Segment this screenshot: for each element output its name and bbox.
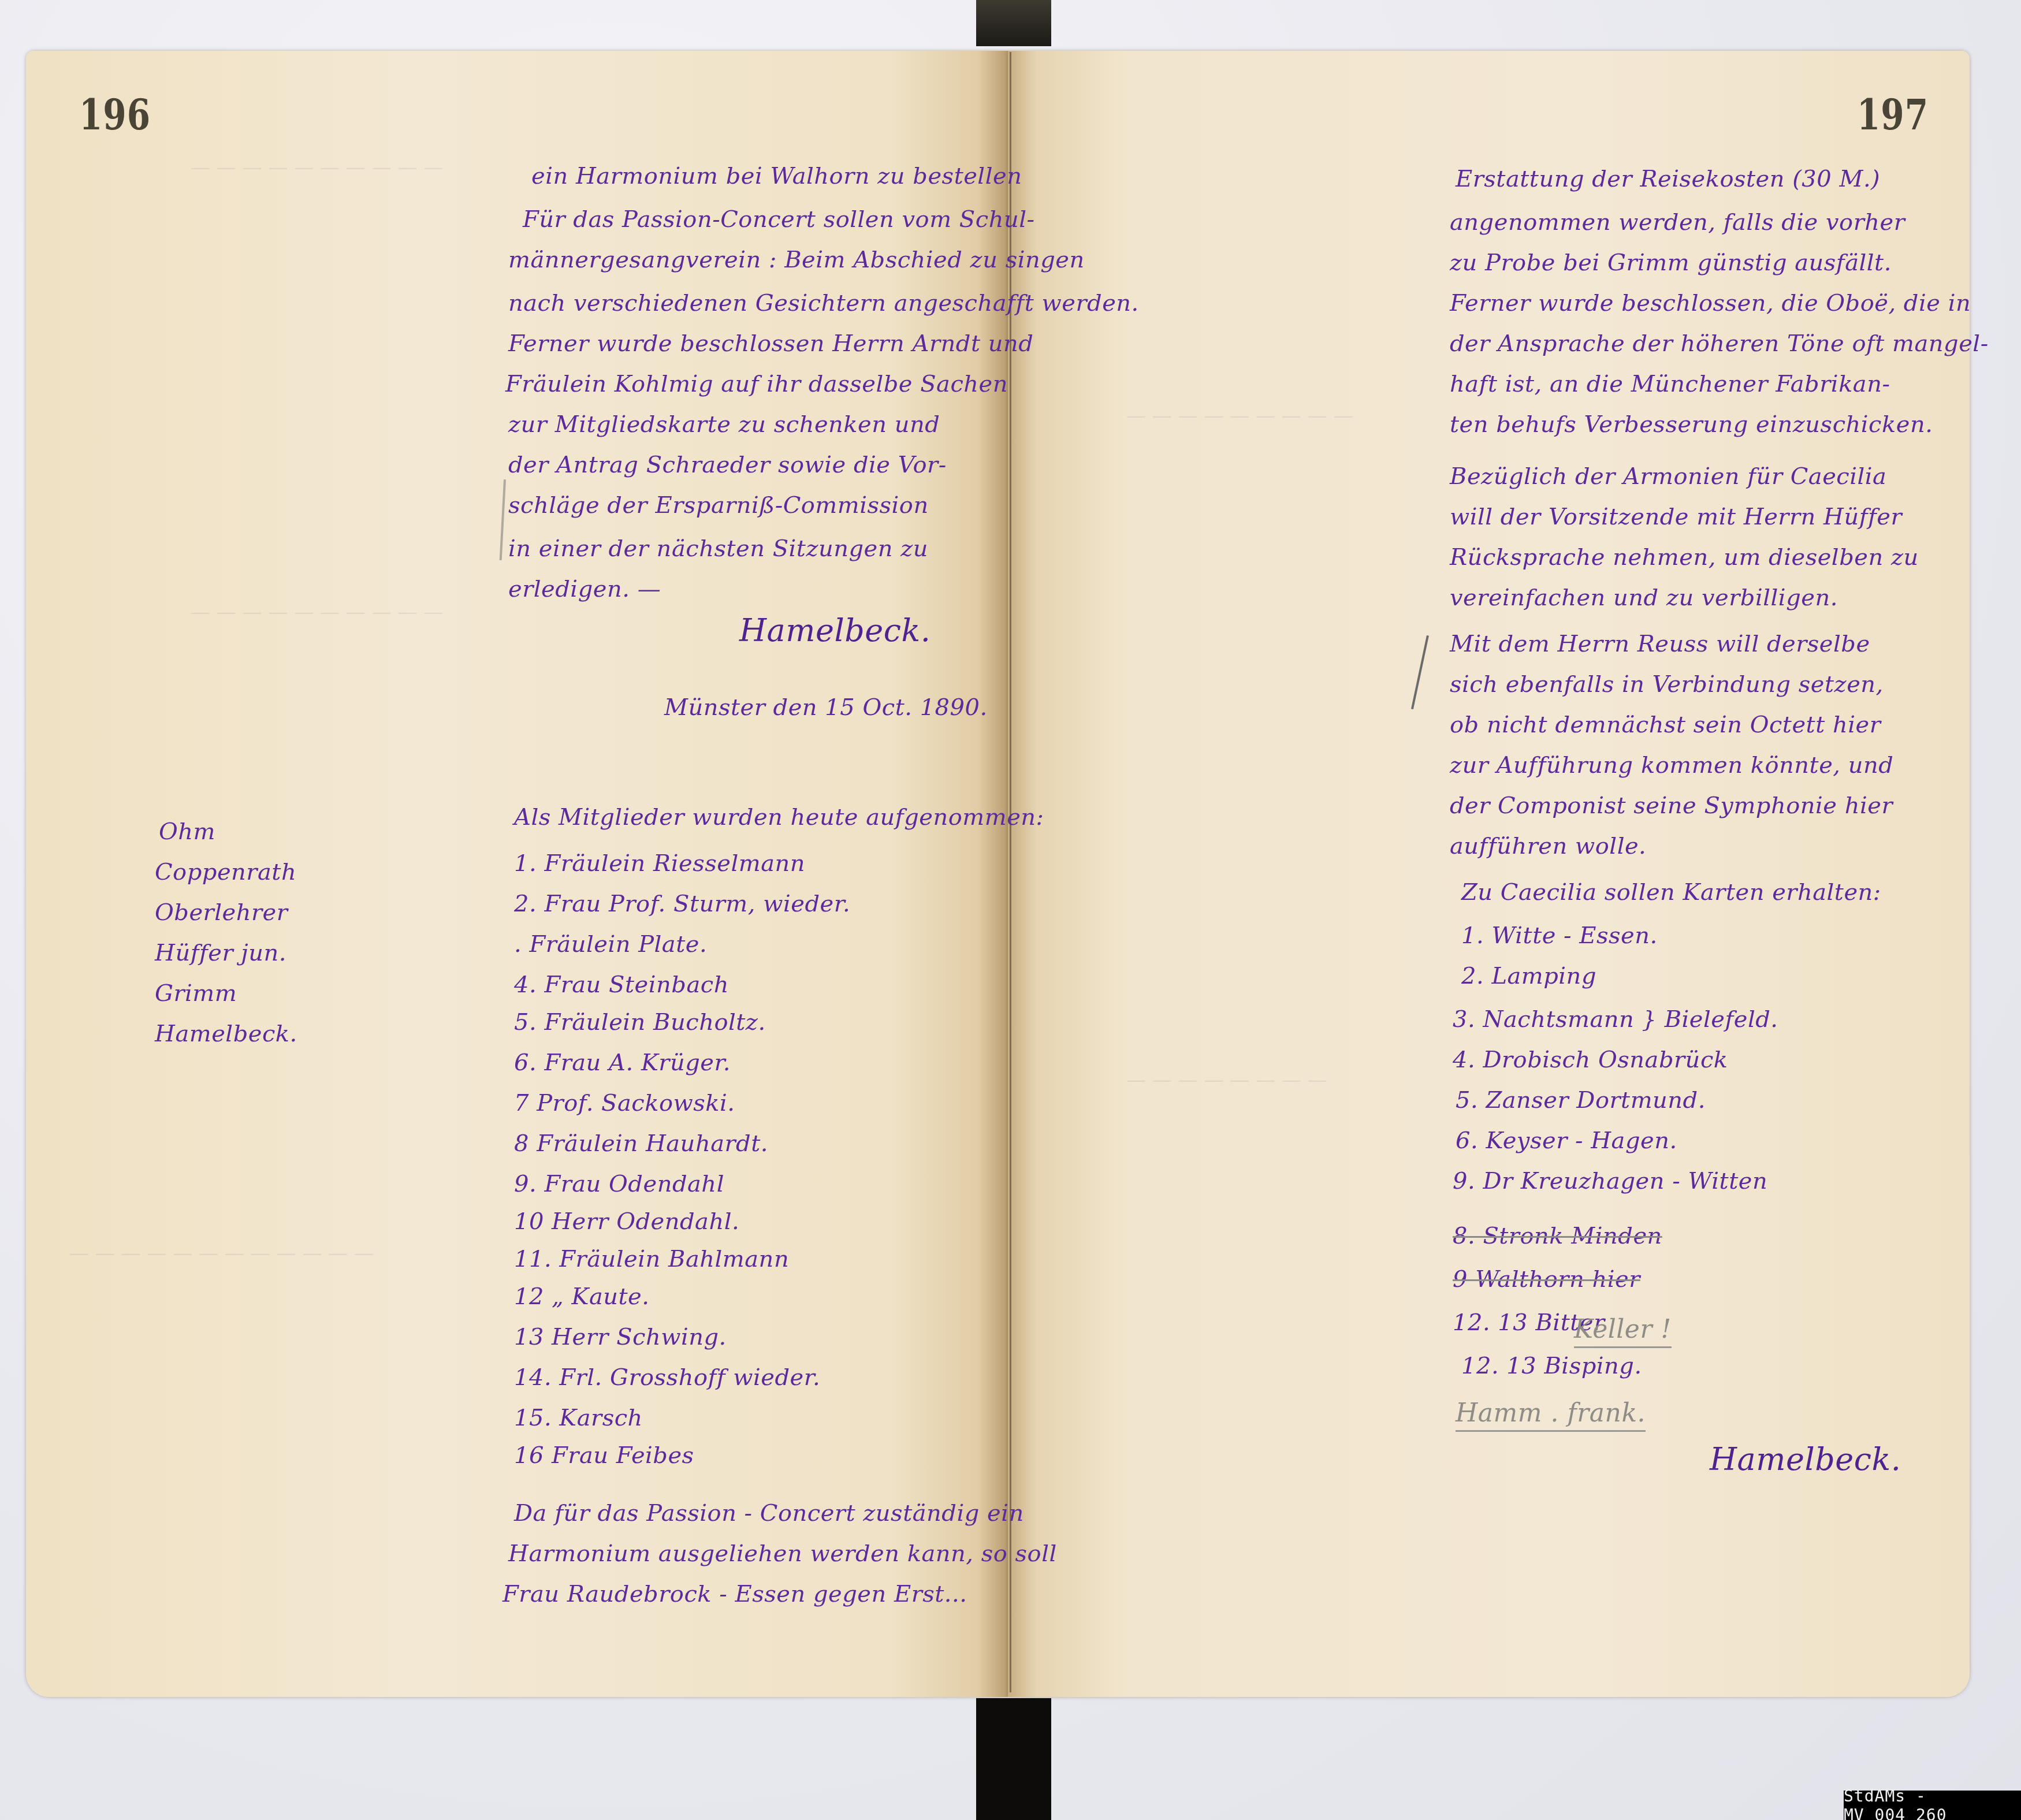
list-item: 12 „ Kaute. bbox=[514, 1285, 650, 1308]
list-item: 13 Herr Schwing. bbox=[514, 1326, 727, 1349]
handwritten-line: nach verschiedenen Gesichtern angeschaff… bbox=[508, 292, 1139, 315]
handwritten-line: haft ist, an die Münchener Fabrikan- bbox=[1450, 373, 1890, 396]
handwritten-line: ob nicht demnächst sein Octett hier bbox=[1450, 713, 1881, 736]
handwritten-line: Für das Passion-Concert sollen vom Schul… bbox=[523, 208, 1034, 231]
bleed-through-text: — — — — — — — — — bbox=[1126, 404, 1353, 427]
handwritten-line: ten behufs Verbesserung einzuschicken. bbox=[1450, 413, 1933, 436]
handwritten-line: schläge der Ersparniß-Commission bbox=[508, 494, 929, 517]
signature: Hamelbeck. bbox=[739, 615, 931, 646]
list-item: 5. Fräulein Bucholtz. bbox=[514, 1011, 766, 1034]
list-item: 2. Frau Prof. Sturm, wieder. bbox=[514, 892, 850, 915]
list-item: 1. Witte - Essen. bbox=[1461, 924, 1658, 947]
list-item: 12. 13 Bisping. bbox=[1461, 1354, 1642, 1378]
attendee-name: Coppenrath bbox=[155, 861, 296, 884]
handwritten-line: Erstattung der Reisekosten (30 M.) bbox=[1456, 168, 1880, 191]
handwritten-line: zu Probe bei Grimm günstig ausfällt. bbox=[1450, 251, 1892, 274]
list-item: 10 Herr Odendahl. bbox=[514, 1210, 739, 1233]
attendee-name: Grimm bbox=[155, 982, 237, 1005]
new-members-heading: Als Mitglieder wurden heute aufgenommen: bbox=[514, 806, 1044, 829]
pencil-note-text: Keller ! bbox=[1574, 1315, 1672, 1348]
list-item-struck: 9 Walthorn hier bbox=[1453, 1268, 1640, 1291]
handwritten-line: der Componist seine Symphonie hier bbox=[1450, 794, 1893, 817]
list-item: 15. Karsch bbox=[514, 1406, 643, 1430]
bleed-through-text: — — — — — — — — — — bbox=[191, 601, 443, 624]
pencil-note: Hamm . frank. bbox=[1456, 1401, 1646, 1426]
pencil-note-text: Hamm . frank. bbox=[1456, 1398, 1646, 1432]
list-item: 9. Frau Odendahl bbox=[514, 1173, 724, 1196]
bleed-through-text: — — — — — — — — — — — — bbox=[69, 1242, 374, 1265]
handwritten-line: Frau Raudebrock - Essen gegen Erst... bbox=[503, 1583, 967, 1606]
handwritten-line: will der Vorsitzende mit Herrn Hüffer bbox=[1450, 505, 1902, 528]
list-item: 4. Drobisch Osnabrück bbox=[1453, 1048, 1728, 1071]
list-item: 2. Lamping bbox=[1461, 965, 1596, 988]
handwritten-line: Da für das Passion - Concert zuständig e… bbox=[514, 1502, 1024, 1525]
handwritten-line: Rücksprache nehmen, um dieselben zu bbox=[1450, 546, 1919, 569]
handwritten-line: in einer der nächsten Sitzungen zu bbox=[508, 537, 928, 560]
handwritten-line: Fräulein Kohlmig auf ihr dasselbe Sachen bbox=[505, 373, 1008, 396]
signature: Hamelbeck. bbox=[1710, 1444, 1901, 1475]
attendee-name: Ohm bbox=[159, 820, 215, 843]
handwritten-line: Ferner wurde beschlossen Herrn Arndt und bbox=[508, 332, 1033, 355]
list-item: . Fräulein Plate. bbox=[514, 933, 707, 956]
list-item: 16 Frau Feibes bbox=[514, 1444, 694, 1467]
handwritten-line: Mit dem Herrn Reuss will derselbe bbox=[1450, 632, 1870, 656]
caecilia-heading: Zu Caecilia sollen Karten erhalten: bbox=[1461, 881, 1881, 904]
handwritten-line: aufführen wolle. bbox=[1450, 835, 1646, 858]
list-item: 5. Zanser Dortmund. bbox=[1456, 1089, 1706, 1112]
attendee-name: Oberlehrer bbox=[155, 901, 288, 924]
bleed-through-text: — — — — — — — — bbox=[1126, 1069, 1327, 1092]
list-item: 6. Frau A. Krüger. bbox=[514, 1051, 731, 1074]
book-spine-top bbox=[976, 0, 1051, 46]
page-number-right: 197 bbox=[1857, 91, 1929, 140]
list-item: 1. Fräulein Riesselmann bbox=[514, 852, 805, 875]
list-item: 7 Prof. Sackowski. bbox=[514, 1092, 735, 1115]
attendee-name: Hüffer jun. bbox=[155, 941, 286, 965]
list-item: 11. Fräulein Bahlmann bbox=[514, 1248, 789, 1271]
handwritten-line: zur Aufführung kommen könnte, und bbox=[1450, 754, 1893, 777]
handwritten-line: Bezüglich der Armonien für Caecilia bbox=[1450, 465, 1886, 488]
pencil-note: Keller ! bbox=[1574, 1317, 1672, 1342]
handwritten-line: der Antrag Schraeder sowie die Vor- bbox=[508, 453, 947, 477]
handwritten-line: sich ebenfalls in Verbindung setzen, bbox=[1450, 673, 1884, 696]
handwritten-line: vereinfachen und zu verbilligen. bbox=[1450, 586, 1838, 609]
list-item-struck: 8. Stronk Minden bbox=[1453, 1225, 1662, 1248]
handwritten-line: ein Harmonium bei Walhorn zu bestellen bbox=[531, 165, 1022, 188]
handwritten-line: erledigen. — bbox=[508, 578, 661, 601]
list-item: 8 Fräulein Hauhardt. bbox=[514, 1132, 768, 1155]
archive-label: StdAMs - MV_004_260 bbox=[1844, 1791, 2021, 1820]
list-item: 14. Frl. Grosshoff wieder. bbox=[514, 1366, 820, 1389]
handwritten-line: der Ansprache der höheren Töne oft mange… bbox=[1450, 332, 1989, 355]
list-item: 4. Frau Steinbach bbox=[514, 973, 729, 996]
page-number-left: 196 bbox=[79, 91, 151, 140]
handwritten-line: zur Mitgliedskarte zu schenken und bbox=[508, 413, 940, 436]
bleed-through-text: — — — — — — — — — — bbox=[191, 156, 443, 179]
book-spine-bottom bbox=[976, 1698, 1051, 1820]
handwritten-line: männergesangverein : Beim Abschied zu si… bbox=[508, 248, 1085, 271]
attendee-name: Hamelbeck. bbox=[155, 1022, 297, 1045]
handwritten-line: Harmonium ausgeliehen werden kann, so so… bbox=[508, 1542, 1057, 1565]
date-line: Münster den 15 Oct. 1890. bbox=[664, 696, 988, 719]
handwritten-line: angenommen werden, falls die vorher bbox=[1450, 211, 1905, 234]
list-item: 6. Keyser - Hagen. bbox=[1456, 1129, 1677, 1152]
list-item: 9. Dr Kreuzhagen - Witten bbox=[1453, 1170, 1767, 1193]
list-item: 3. Nachtsmann } Bielefeld. bbox=[1453, 1008, 1778, 1031]
handwritten-line: Ferner wurde beschlossen, die Oboë, die … bbox=[1450, 292, 1971, 315]
